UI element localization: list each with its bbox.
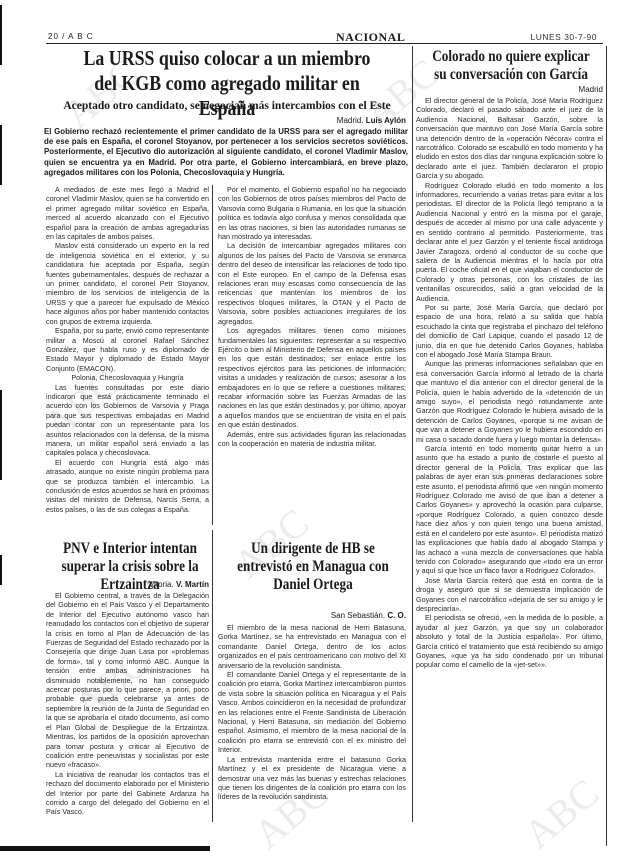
paragraph: Rodríguez Colorado eludió en todo moment… xyxy=(416,181,603,303)
paragraph: A mediados de este mes llegó a Madrid el… xyxy=(46,185,209,241)
crop-mark xyxy=(0,390,2,480)
issue-date: LUNES 30-7-90 xyxy=(530,32,597,42)
paragraph: La iniciativa de reanudar los contactos … xyxy=(46,770,209,817)
paragraph: García intentó en todo momento quitar hi… xyxy=(416,444,603,576)
paragraph: El periodista se ofreció, «en la medida … xyxy=(416,613,603,669)
abc-watermark: ABC xyxy=(515,769,608,851)
hb-body: El miembro de la mesa nacional de Herri … xyxy=(218,623,406,802)
byline-author: Luis Aylón xyxy=(366,116,406,125)
colorado-byline: Madrid xyxy=(416,85,603,94)
byline-place: Madrid. xyxy=(337,116,364,125)
paragraph: El director general de la Policía, José … xyxy=(416,96,603,181)
main-lead: El Gobierno rechazó recientemente el pri… xyxy=(44,127,408,178)
paragraph: Por su parte, José María García, que dec… xyxy=(416,303,603,359)
pnv-byline: Vitoria. V. Martín xyxy=(46,580,209,589)
header-rule xyxy=(46,43,603,44)
paragraph: José María García reiteró que está en co… xyxy=(416,576,603,614)
hb-headline: Un dirigente de HB se entrevistó en Mana… xyxy=(236,540,391,594)
main-column-2: Por el momento, el Gobierno español no h… xyxy=(218,185,406,448)
paragraph: España, por su parte, envió como represe… xyxy=(46,326,209,373)
byline-place: Vitoria. xyxy=(149,580,174,589)
column-divider xyxy=(212,185,213,525)
page-number: 20 / A B C xyxy=(48,32,94,41)
paragraph: Aunque las primeras informaciones señala… xyxy=(416,359,603,444)
column-divider xyxy=(212,530,213,822)
page-edge-line xyxy=(606,46,607,846)
crop-mark xyxy=(0,5,2,65)
crop-mark xyxy=(0,125,2,185)
paragraph: La decisión de intercambiar agregados mi… xyxy=(218,241,406,326)
paragraph: Además, entre sus actividades figuran la… xyxy=(218,430,406,449)
hb-byline: San Sebastián. C. O. xyxy=(218,611,406,620)
main-subheadline: Aceptado otro candidato, se negocian más… xyxy=(46,100,408,112)
bottom-bar xyxy=(0,846,210,851)
paragraph: Las fuentes consultadas por este diario … xyxy=(46,383,209,458)
main-column-1: A mediados de este mes llegó a Madrid el… xyxy=(46,185,209,514)
paragraph: El acuerdo con Hungría está algo más atr… xyxy=(46,458,209,514)
paragraph: Por el momento, el Gobierno español no h… xyxy=(218,185,406,241)
paragraph: El comandante Daniel Ortega y el represe… xyxy=(218,670,406,755)
byline-author: V. Martín xyxy=(176,580,209,589)
byline-place: Madrid xyxy=(579,85,603,94)
byline-author: C. O. xyxy=(387,611,406,620)
column-divider xyxy=(412,46,413,822)
byline-place: San Sebastián. xyxy=(331,611,385,620)
paragraph: Maslov está considerado un experto en la… xyxy=(46,241,209,326)
crop-mark xyxy=(0,555,2,585)
paragraph: El miembro de la mesa nacional de Herri … xyxy=(218,623,406,670)
pnv-body: El Gobierno central, a través de la Dele… xyxy=(46,591,209,817)
paragraph: La entrevista mantenida entre el batasun… xyxy=(218,755,406,802)
colorado-body: El director general de la Policía, José … xyxy=(416,96,603,670)
subheading: Polonia, Checoslovaquia y Hungría xyxy=(46,373,209,382)
paragraph: Los agregados militares tienen como misi… xyxy=(218,326,406,429)
colorado-headline: Colorado no quiere explicar su conversac… xyxy=(430,48,592,84)
paragraph: El Gobierno central, a través de la Dele… xyxy=(46,591,209,770)
main-byline: Madrid. Luis Aylón xyxy=(200,116,406,125)
